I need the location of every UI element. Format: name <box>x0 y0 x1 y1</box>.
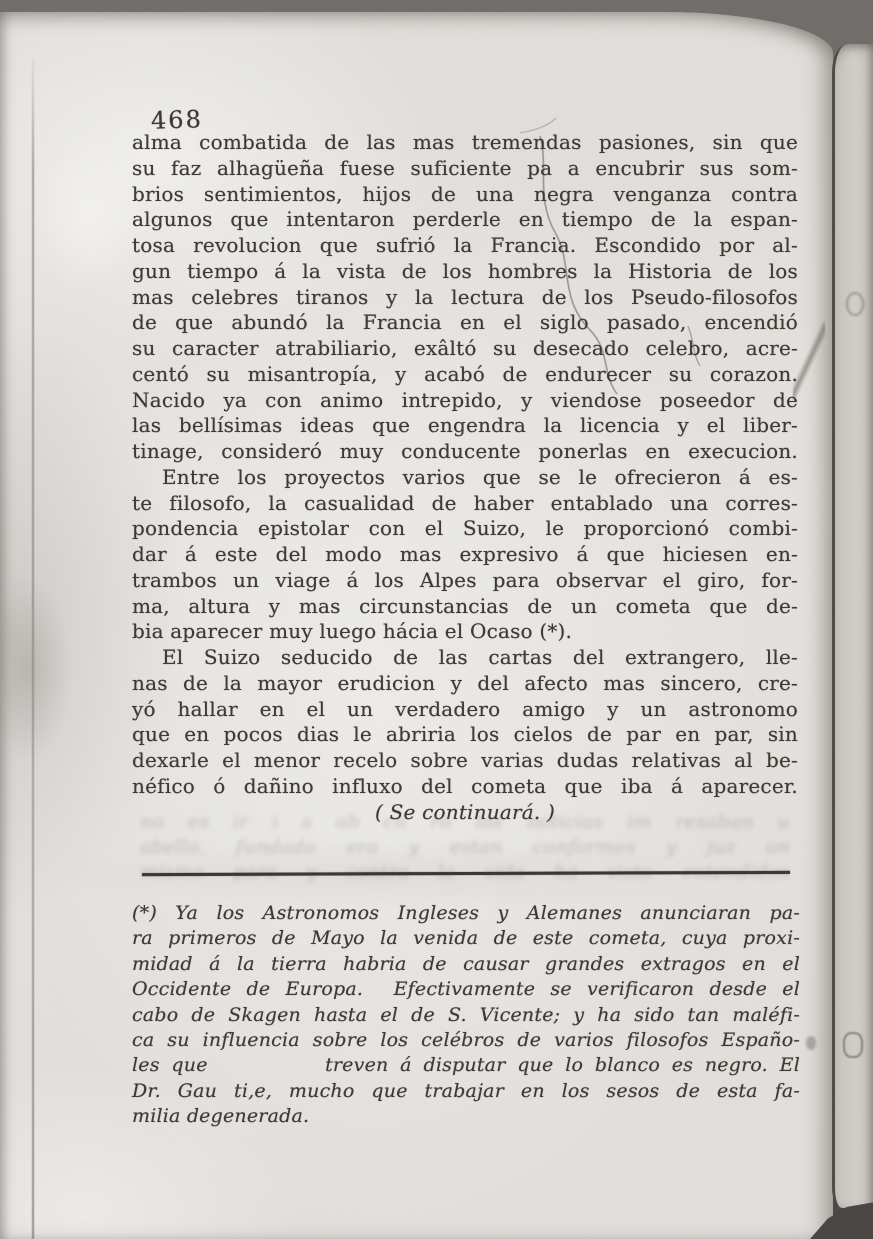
text-line: ma, altura y mas circunstancias de un co… <box>132 594 798 620</box>
scanned-book-page: 468 no es ir i s ab cn ro las noticias i… <box>0 0 873 1239</box>
text-line: te filosofo, la casualidad de haber enta… <box>132 491 798 517</box>
text-line: brios sentimientos, hijos de una negra v… <box>132 182 798 208</box>
footnote-block: (*) Ya los Astronomos Ingleses y Alemane… <box>132 901 800 1130</box>
text-line: su caracter atrabiliario, exâltó su dese… <box>132 336 798 362</box>
text-line: algunos que intentaron perderle en tiemp… <box>132 207 798 233</box>
text-line: (*) Ya los Astronomos Ingleses y Alemane… <box>132 901 800 926</box>
text-line: pondencia epistolar con el Suizo, le pro… <box>132 516 798 542</box>
text-line: cabo de Skagen hasta el de S. Vicente; y… <box>132 1003 800 1028</box>
text-line: nas de la mayor erudicion y del afecto m… <box>132 671 798 697</box>
text-line: su faz alhagüeña fuese suficiente pa a e… <box>132 156 798 182</box>
text-line: néfico ó dañino influxo del cometa que i… <box>132 774 798 800</box>
text-line: Dr. Gau ti,e, mucho que trabajar en los … <box>132 1079 800 1104</box>
text-line: que en pocos dias le abriria los cielos … <box>132 722 798 748</box>
text-line: les que treven á disputar que lo blanco … <box>132 1053 800 1078</box>
edge-mark <box>843 1032 863 1058</box>
text-line: abello, fundado era y estan conformes y … <box>140 835 790 860</box>
text-line: Entre los proyectos varios que se le ofr… <box>132 465 798 491</box>
text-line: ca su influencia sobre los celébros de v… <box>132 1028 800 1053</box>
text-line: midad á la tierra habria de causar grand… <box>132 952 800 977</box>
text-line: bia aparecer muy luego hácia el Ocaso (*… <box>132 619 798 645</box>
text-line: las bellísimas ideas que engendra la lic… <box>132 413 798 439</box>
text-line: mas celebres tiranos y la lectura de los… <box>132 285 798 311</box>
text-line: trambos un viage á los Alpes para observ… <box>132 568 798 594</box>
text-line: ( Se continuará. ) <box>132 800 798 826</box>
text-line: de que abundó la Francia en el siglo pas… <box>132 310 798 336</box>
text-line: alma combatida de las mas tremendas pasi… <box>132 130 798 156</box>
main-text-block: alma combatida de las mas tremendas pasi… <box>132 130 798 825</box>
text-line: milia degenerada. <box>132 1104 800 1129</box>
text-line: Nacido ya con animo intrepido, y viendos… <box>132 388 798 414</box>
text-line: yó hallar en el un verdadero amigo y un … <box>132 697 798 723</box>
text-line: gun tiempo á la vista de los hombres la … <box>132 259 798 285</box>
text-line: dar á este del modo mas expresivo á que … <box>132 542 798 568</box>
text-line: tosa revolucion que sufrió la Francia. E… <box>132 233 798 259</box>
text-line: Occidente de Europa. Efectivamente se ve… <box>132 977 800 1002</box>
text-line: tinage, consideró muy conducente ponerla… <box>132 439 798 465</box>
text-line: dexarle el menor recelo sobre varias dud… <box>132 748 798 774</box>
text-line: El Suizo seducido de las cartas del extr… <box>132 645 798 671</box>
edge-mark <box>846 292 864 316</box>
text-line: ra primeros de Mayo la venida de este co… <box>132 926 800 951</box>
edge-mark <box>806 1036 816 1050</box>
text-line: centó su misantropía, y acabó de endurec… <box>132 362 798 388</box>
